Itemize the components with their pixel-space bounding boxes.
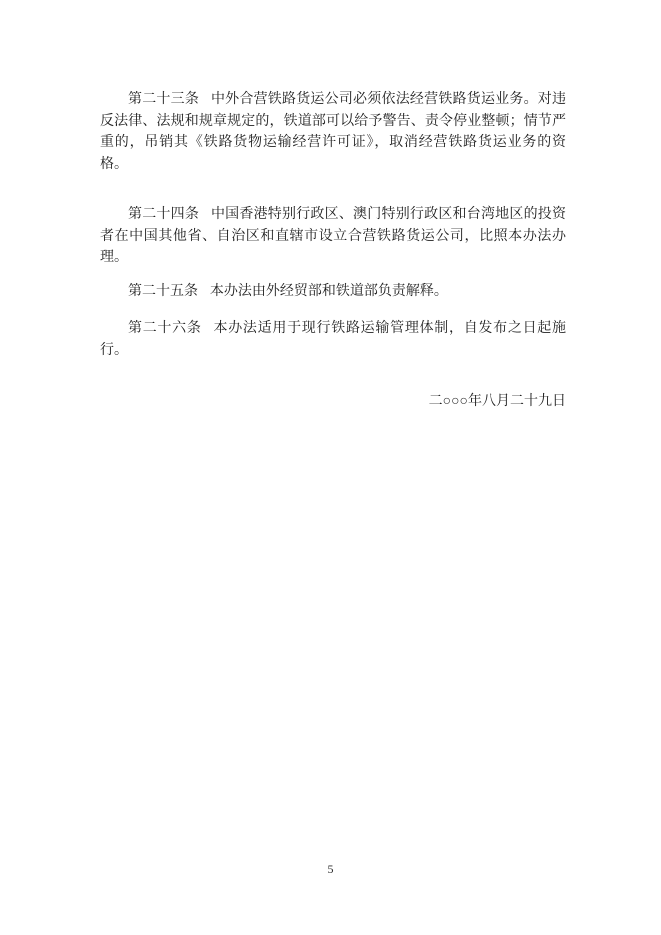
document-page: 第二十三条中外合营铁路货运公司必须依法经营铁路货运业务。对违反法律、法规和规章规… (0, 0, 661, 935)
page-number: 5 (0, 861, 661, 877)
article-26-number: 第二十六条 (128, 321, 202, 336)
article-23-paragraph: 第二十三条中外合营铁路货运公司必须依法经营铁路货运业务。对违反法律、法规和规章规… (100, 89, 566, 175)
article-26-paragraph: 第二十六条本办法适用于现行铁路运输管理体制，自发布之日起施行。 (100, 318, 566, 361)
article-23-number: 第二十三条 (128, 92, 199, 107)
date-line: 二○○○年八月二十九日 (100, 391, 566, 413)
article-25-paragraph: 第二十五条本办法由外经贸部和铁道部负责解释。 (100, 281, 566, 303)
article-25-number: 第二十五条 (128, 284, 198, 299)
article-25-text: 本办法由外经贸部和铁道部负责解释。 (210, 284, 448, 299)
document-body: 第二十三条中外合营铁路货运公司必须依法经营铁路货运业务。对违反法律、法规和规章规… (100, 89, 566, 413)
article-24-paragraph: 第二十四条中国香港特别行政区、澳门特别行政区和台湾地区的投资者在中国其他省、自治… (100, 204, 566, 269)
article-24-number: 第二十四条 (128, 207, 199, 222)
